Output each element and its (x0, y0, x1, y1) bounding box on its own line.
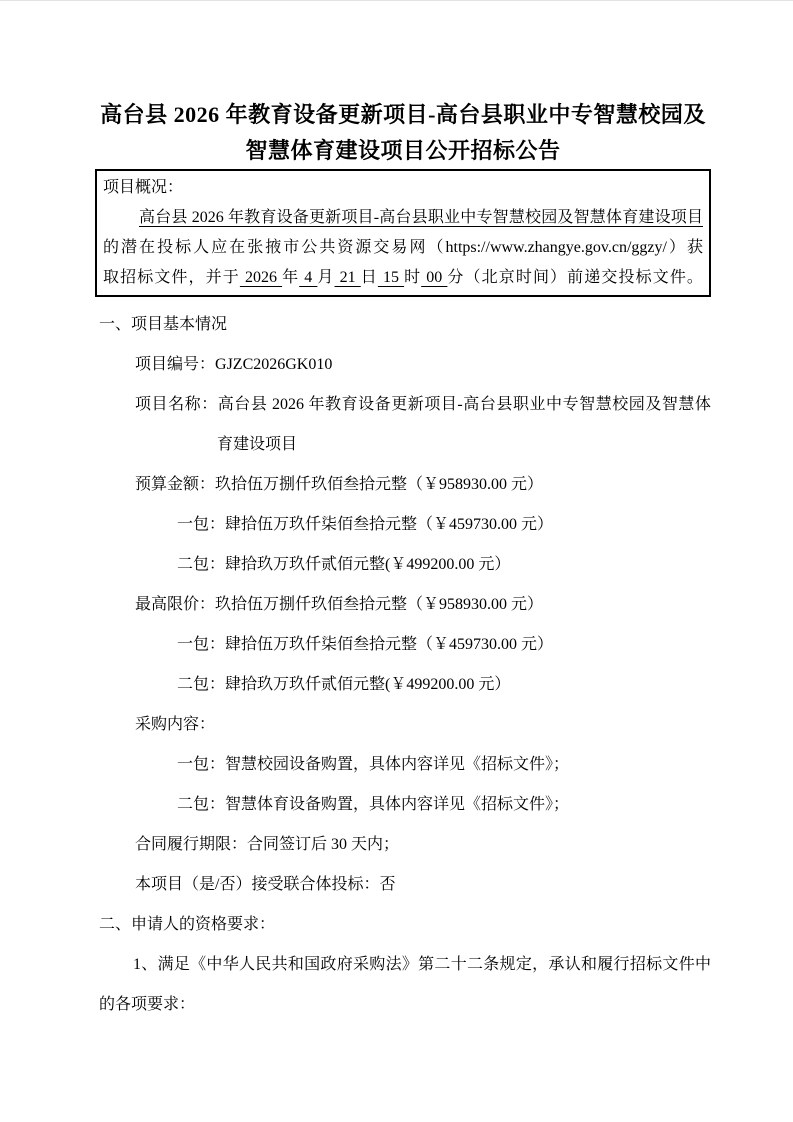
procurement-package2-value: 智慧体育设备购置，具体内容详见《招标文件》； (225, 796, 569, 813)
budget-package1-label: 一包： (177, 516, 225, 533)
max-price-label: 最高限价： (135, 596, 215, 613)
deadline-minute-unit: 分 (447, 269, 464, 286)
overview-heading: 项目概况： (103, 173, 703, 203)
consortium-value: 否 (379, 876, 395, 893)
project-name-line1: 项目名称：高台县 2026 年教育设备更新项目-高台县职业中专智慧校园及智慧体 (95, 385, 711, 425)
project-number-label: 项目编号： (135, 356, 215, 373)
contract-period-value: 合同签订后 30 天内； (247, 836, 399, 853)
deadline-prefix: 取招标文件，并于 (103, 269, 240, 286)
budget-package2-label: 二包： (177, 556, 225, 573)
contract-period-line: 合同履行期限：合同签订后 30 天内； (95, 825, 711, 865)
deadline-suffix: （北京时间）前递交投标文件。 (465, 269, 703, 286)
document-page: 高台县 2026 年教育设备更新项目-高台县职业中专智慧校园及 智慧体育建设项目… (0, 0, 793, 1122)
deadline-hour: 15 (378, 269, 404, 286)
overview-project-line: 高台县 2026 年教育设备更新项目-高台县职业中专智慧校园及智慧体育建设项目 (103, 203, 703, 233)
max-price-package2-value: 肆拾玖万玖仟贰佰元整(￥499200.00 元） (225, 676, 510, 693)
budget-package1-value: 肆拾伍万玖仟柒佰叁拾元整（￥459730.00 元） (225, 516, 553, 533)
max-price-package1-line: 一包：肆拾伍万玖仟柒佰叁拾元整（￥459730.00 元） (95, 625, 711, 665)
deadline-day: 21 (335, 269, 361, 286)
deadline-minute: 00 (421, 269, 447, 286)
document-title-line2: 智慧体育建设项目公开招标公告 (95, 133, 711, 169)
contract-period-label: 合同履行期限： (135, 836, 247, 853)
overview-deadline-line: 取招标文件，并于 2026 年 4 月 21 日 15 时 00 分（北京时间）… (103, 263, 703, 293)
max-price-package1-value: 肆拾伍万玖仟柒佰叁拾元整（￥459730.00 元） (225, 636, 553, 653)
document-body: 一、项目基本情况 项目编号：GJZC2026GK010 项目名称：高台县 202… (95, 305, 711, 1025)
qualification-item1-line1: 1、满足《中华人民共和国政府采购法》第二十二条规定，承认和履行招标文件中 (95, 945, 711, 985)
max-price-package1-label: 一包： (177, 636, 225, 653)
max-price-package2-line: 二包：肆拾玖万玖仟贰佰元整(￥499200.00 元） (95, 665, 711, 705)
qualification-item1-line2: 的各项要求： (95, 985, 711, 1025)
section1-heading: 一、项目基本情况 (95, 305, 711, 345)
overview-project-name-underlined: 高台县 2026 年教育设备更新项目-高台县职业中专智慧校园及智慧体育建设项目 (139, 209, 703, 226)
max-price-line: 最高限价：玖拾伍万捌仟玖佰叁拾元整（￥958930.00 元） (95, 585, 711, 625)
procurement-package1-line: 一包：智慧校园设备购置，具体内容详见《招标文件》； (95, 745, 711, 785)
deadline-month-unit: 月 (317, 269, 334, 286)
budget-value: 玖拾伍万捌仟玖佰叁拾元整（￥958930.00 元） (215, 476, 543, 493)
budget-package2-value: 肆拾玖万玖仟贰佰元整(￥499200.00 元） (225, 556, 510, 573)
deadline-hour-unit: 时 (404, 269, 421, 286)
consortium-label: 本项目（是/否）接受联合体投标： (135, 876, 379, 893)
document-title: 高台县 2026 年教育设备更新项目-高台县职业中专智慧校园及 智慧体育建设项目… (95, 97, 711, 169)
max-price-value: 玖拾伍万捌仟玖佰叁拾元整（￥958930.00 元） (215, 596, 543, 613)
project-name-line2: 育建设项目 (95, 425, 711, 465)
procurement-package2-line: 二包：智慧体育设备购置，具体内容详见《招标文件》； (95, 785, 711, 825)
procurement-package1-value: 智慧校园设备购置，具体内容详见《招标文件》； (225, 756, 569, 773)
deadline-year: 2026 (240, 269, 282, 286)
project-number-value: GJZC2026GK010 (215, 356, 332, 373)
deadline-month: 4 (299, 269, 317, 286)
deadline-year-unit: 年 (282, 269, 299, 286)
project-name-value-line2: 育建设项目 (217, 436, 297, 453)
document-title-line1: 高台县 2026 年教育设备更新项目-高台县职业中专智慧校园及 (95, 97, 711, 133)
budget-label: 预算金额： (135, 476, 215, 493)
consortium-line: 本项目（是/否）接受联合体投标：否 (95, 865, 711, 905)
project-number-line: 项目编号：GJZC2026GK010 (95, 345, 711, 385)
project-name-value-line1: 高台县 2026 年教育设备更新项目-高台县职业中专智慧校园及智慧体 (218, 396, 711, 413)
budget-package1-line: 一包：肆拾伍万玖仟柒佰叁拾元整（￥459730.00 元） (95, 505, 711, 545)
procurement-package2-label: 二包： (177, 796, 225, 813)
budget-line: 预算金额：玖拾伍万捌仟玖佰叁拾元整（￥958930.00 元） (95, 465, 711, 505)
budget-package2-line: 二包：肆拾玖万玖仟贰佰元整(￥499200.00 元） (95, 545, 711, 585)
procurement-content-line: 采购内容： (95, 705, 711, 745)
section2-heading: 二、申请人的资格要求： (95, 905, 711, 945)
project-overview-box: 项目概况： 高台县 2026 年教育设备更新项目-高台县职业中专智慧校园及智慧体… (95, 169, 711, 297)
deadline-day-unit: 日 (361, 269, 378, 286)
project-name-label: 项目名称： (135, 396, 218, 413)
procurement-package1-label: 一包： (177, 756, 225, 773)
overview-body-line: 的潜在投标人应在张掖市公共资源交易网（https://www.zhangye.g… (103, 233, 703, 263)
max-price-package2-label: 二包： (177, 676, 225, 693)
